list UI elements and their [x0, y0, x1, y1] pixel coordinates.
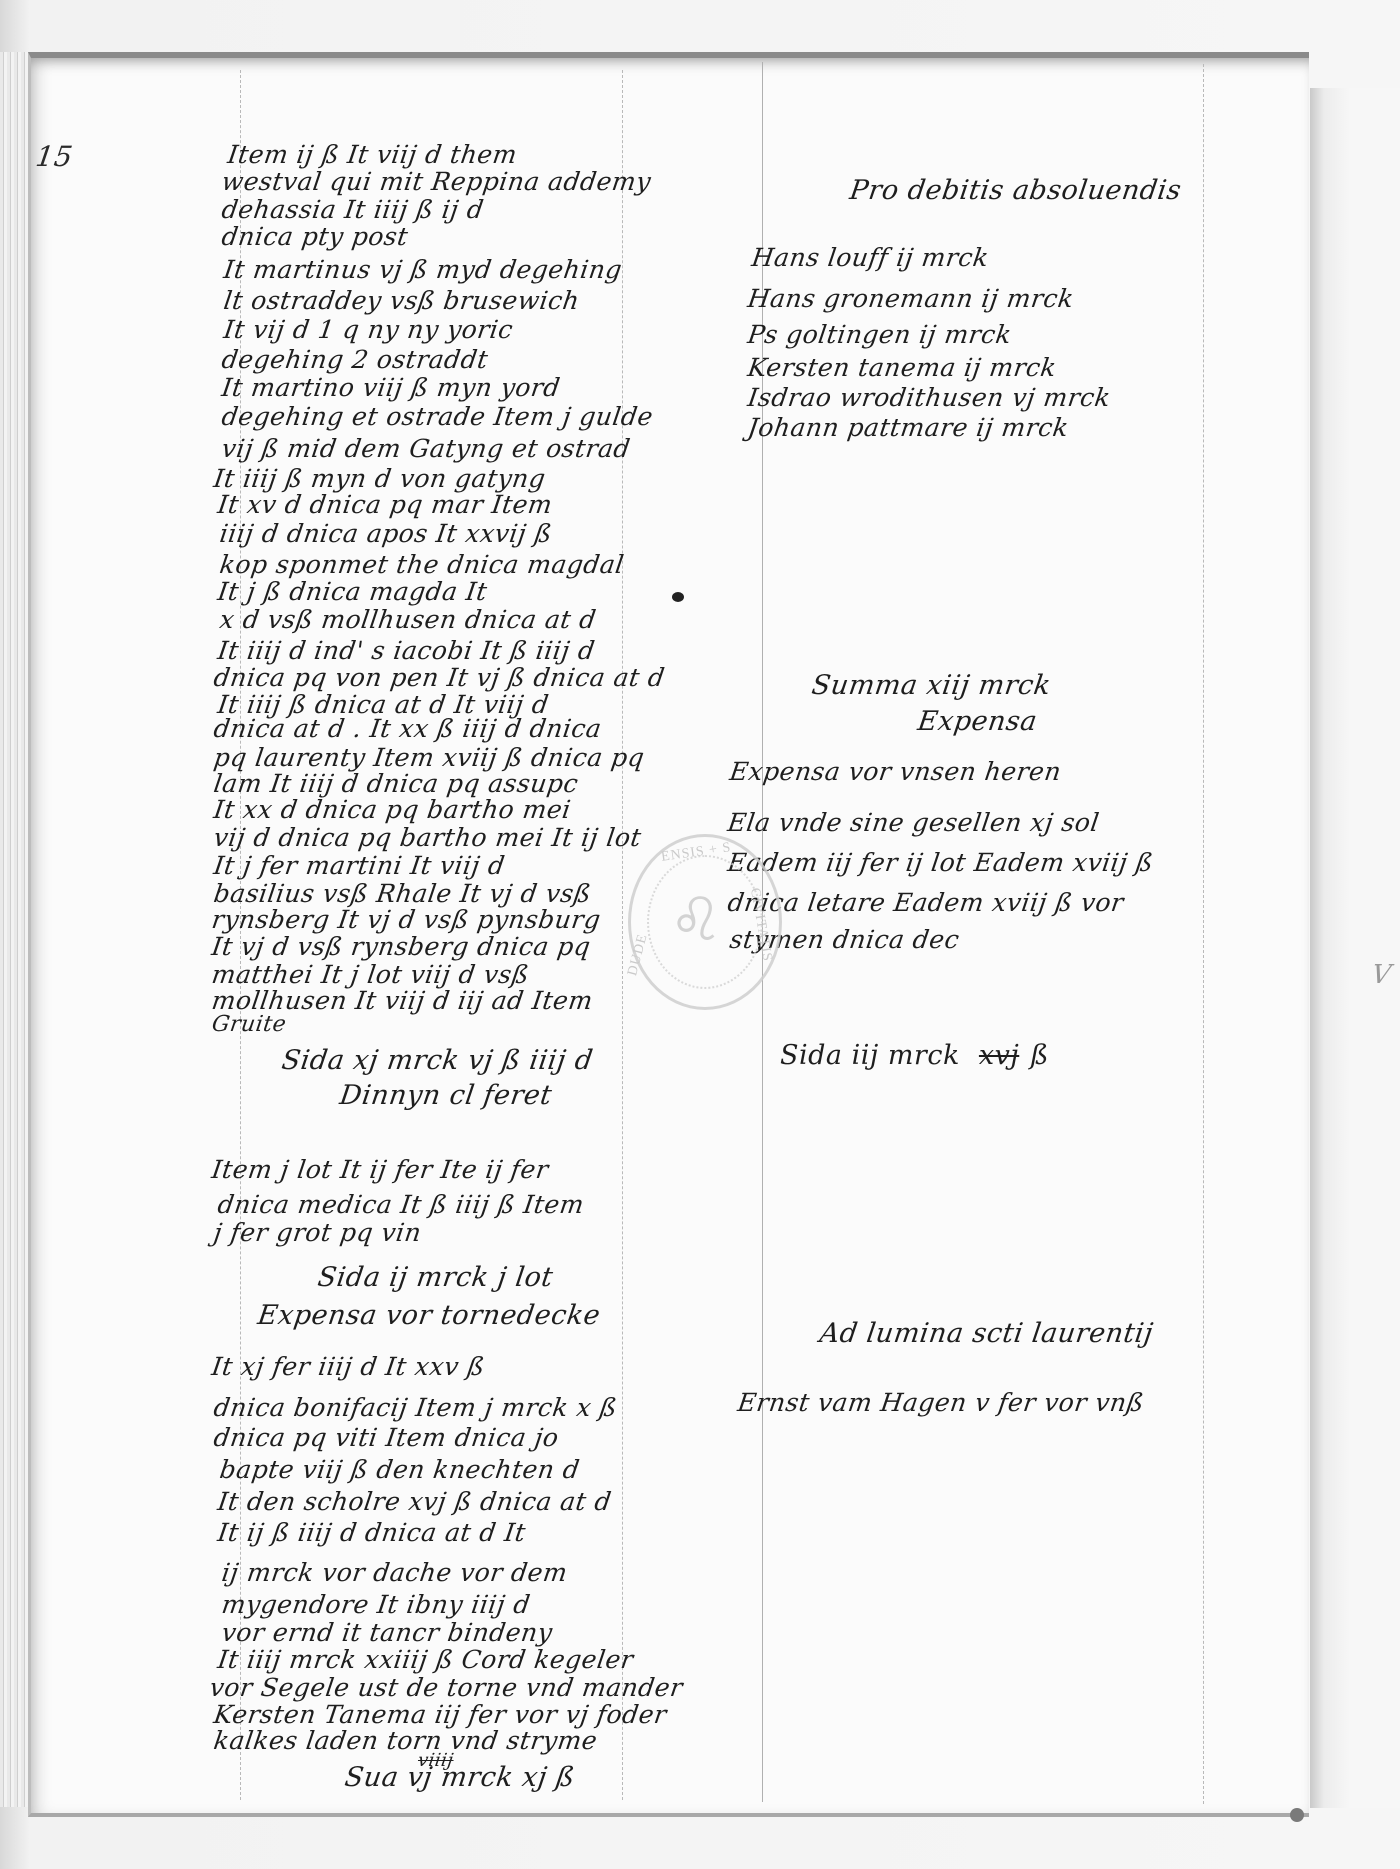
- right-section3-suffix: ß: [1030, 1040, 1049, 1071]
- left-section3-line-1: It xj fer iiij d It xxv ß: [210, 1352, 487, 1381]
- left-line-27: basilius vsß Rhale It vj d vsß: [212, 879, 593, 908]
- left-section3-heading: Sida ij mrck j lot: [316, 1262, 555, 1293]
- left-line-28: rynsberg It vj d vsß pynsburg: [210, 905, 603, 934]
- left-line-31: mollhusen It viij d iij ad Item: [210, 986, 595, 1015]
- right-section4-heading: Ad lumina scti laurentij: [818, 1318, 1155, 1349]
- right-section2-line-4: dnica letare Eadem xviij ß vor: [726, 888, 1126, 917]
- left-section3-subheading: Expensa vor tornedecke: [256, 1300, 603, 1331]
- left-line-30: matthei It j lot viij d vsß: [210, 960, 531, 989]
- left-line-11: vij ß mid dem Gatyng et ostrad: [220, 434, 632, 463]
- left-section3-line-6: It ij ß iiij d dnica at d It: [216, 1518, 528, 1547]
- right-section4-line-1: Ernst vam Hagen v fer vor vnß: [736, 1388, 1146, 1417]
- left-line-26: It j fer martini It viij d: [212, 851, 507, 880]
- left-section3-line-10: It iiij mrck xxiiij ß Cord kegeler: [216, 1645, 635, 1674]
- left-line-21: dnica at d . It xx ß iiij d dnica: [212, 714, 604, 743]
- left-section3-footer: Sua vj mrck xj ß: [343, 1762, 577, 1793]
- binding-thread-knot: [1290, 1808, 1304, 1822]
- left-line-5: It martinus vj ß myd degehing: [222, 255, 624, 284]
- right-section3-heading-group: Sida iij mrck xvj ß: [780, 1040, 1049, 1071]
- left-line-8: degehing 2 ostraddt: [220, 345, 490, 374]
- left-line-6: lt ostraddey vsß brusewich: [222, 286, 581, 315]
- left-section3-line-8: mygendore It ibny iiij d: [220, 1590, 532, 1619]
- right-section2-line-3: Eadem iij fer ij lot Eadem xviij ß: [726, 848, 1155, 877]
- left-line-9: It martino viij ß myn yord: [220, 373, 562, 402]
- left-line-29: It vj d vsß rynsberg dnica pq: [210, 932, 592, 961]
- left-section3-line-3: dnica pq viti Item dnica jo: [212, 1423, 561, 1452]
- left-line-24: It xx d dnica pq bartho mei: [212, 795, 573, 824]
- left-section2-line-1: Item j lot It ij fer Ite ij fer: [210, 1155, 551, 1184]
- left-line-13: It xv d dnica pq mar Item: [216, 490, 554, 519]
- left-line-12: It iiij ß myn d von gatyng: [212, 464, 548, 493]
- left-section3-line-4: bapte viij ß den knechten d: [218, 1455, 582, 1484]
- left-section2-heading: Sida xj mrck vj ß iiij d: [280, 1045, 595, 1076]
- left-section2-line-2: dnica medica It ß iiij ß Item: [216, 1190, 586, 1219]
- left-line-16: It j ß dnica magda It: [216, 577, 489, 606]
- ruled-line-right-margin: [1203, 64, 1204, 1804]
- right-section2-line-2: Ela vnde sine gesellen xj sol: [726, 808, 1101, 837]
- left-line-2: westval qui mit Reppina addemy: [220, 167, 653, 196]
- right-section1-line-2: Hans gronemann ij mrck: [746, 284, 1076, 313]
- left-line-4: dnica pty post: [220, 222, 410, 251]
- right-section1-line-6: Johann pattmare ij mrck: [746, 413, 1071, 442]
- left-line-14: iiij d dnica apos It xxvij ß: [218, 519, 554, 548]
- left-line-25: vij d dnica pq bartho mei It ij lot: [212, 823, 643, 852]
- right-section2-line-1: Expensa vor vnsen heren: [728, 757, 1063, 786]
- left-line-3: dehassia It iiij ß ij d: [220, 195, 486, 224]
- left-section3-line-5: It den scholre xvj ß dnica at d: [216, 1487, 613, 1516]
- right-section2-heading: Summa xiij mrck: [810, 670, 1053, 701]
- ruled-line-left-column-end: [622, 70, 623, 1800]
- left-line-17: x d vsß mollhusen dnica at d: [218, 605, 598, 634]
- ink-blot: [672, 592, 684, 602]
- left-line-18: It iiij d ind' s iacobi It ß iiij d: [216, 636, 597, 665]
- left-line-32: Gruite: [210, 1012, 288, 1037]
- left-section3-line-9: vor ernd it tancr bindeny: [220, 1618, 555, 1647]
- right-section1-line-3: Ps goltingen ij mrck: [746, 320, 1014, 349]
- archive-seal-stamp: ENSIS + S DUDE CIVITATIS ♌: [628, 834, 782, 1010]
- left-line-23: lam It iiij d dnica pq assupc: [212, 769, 580, 798]
- left-line-22: pq laurenty Item xviij ß dnica pq: [212, 743, 646, 772]
- right-section2-subheading: Expensa: [916, 706, 1039, 737]
- left-line-7: It vij d 1 q ny ny yoric: [222, 315, 515, 344]
- stamp-text-left: DUDE: [625, 932, 652, 978]
- left-line-15: kop sponmet the dnica magdal: [218, 550, 626, 579]
- left-line-1: Item ij ß It viij d them: [226, 140, 519, 169]
- right-section1-line-4: Kersten tanema ij mrck: [746, 353, 1058, 382]
- right-section3-heading: Sida iij mrck: [780, 1040, 960, 1071]
- right-section1-heading: Pro debitis absoluendis: [848, 175, 1184, 206]
- left-section2-line-3: j fer grot pq vin: [212, 1218, 423, 1247]
- left-section3-line-13: kalkes laden torn vnd stryme: [212, 1726, 599, 1755]
- margin-folio-mark: 15: [34, 140, 75, 173]
- lion-emblem-icon: ♌: [669, 885, 723, 955]
- left-line-19: dnica pq von pen It vj ß dnica at d: [212, 663, 667, 692]
- left-section2-subheading: Dinnyn cl feret: [338, 1080, 554, 1111]
- right-section3-struck: xvj: [979, 1040, 1019, 1071]
- left-line-10: degehing et ostrade Item j gulde: [220, 402, 655, 431]
- left-section3-line-12: Kersten Tanema iij fer vor vj foder: [212, 1700, 669, 1729]
- facing-page-edge: [1310, 88, 1400, 1808]
- left-section3-line-7: ij mrck vor dache vor dem: [220, 1558, 569, 1587]
- right-section1-line-1: Hans louff ij mrck: [750, 243, 991, 272]
- left-section3-line-11: vor Segele ust de torne vnd mander: [208, 1673, 685, 1702]
- right-section1-line-5: Isdrao wrodithusen vj mrck: [746, 383, 1113, 412]
- left-section3-line-2: dnica bonifacij Item j mrck x ß: [212, 1393, 619, 1422]
